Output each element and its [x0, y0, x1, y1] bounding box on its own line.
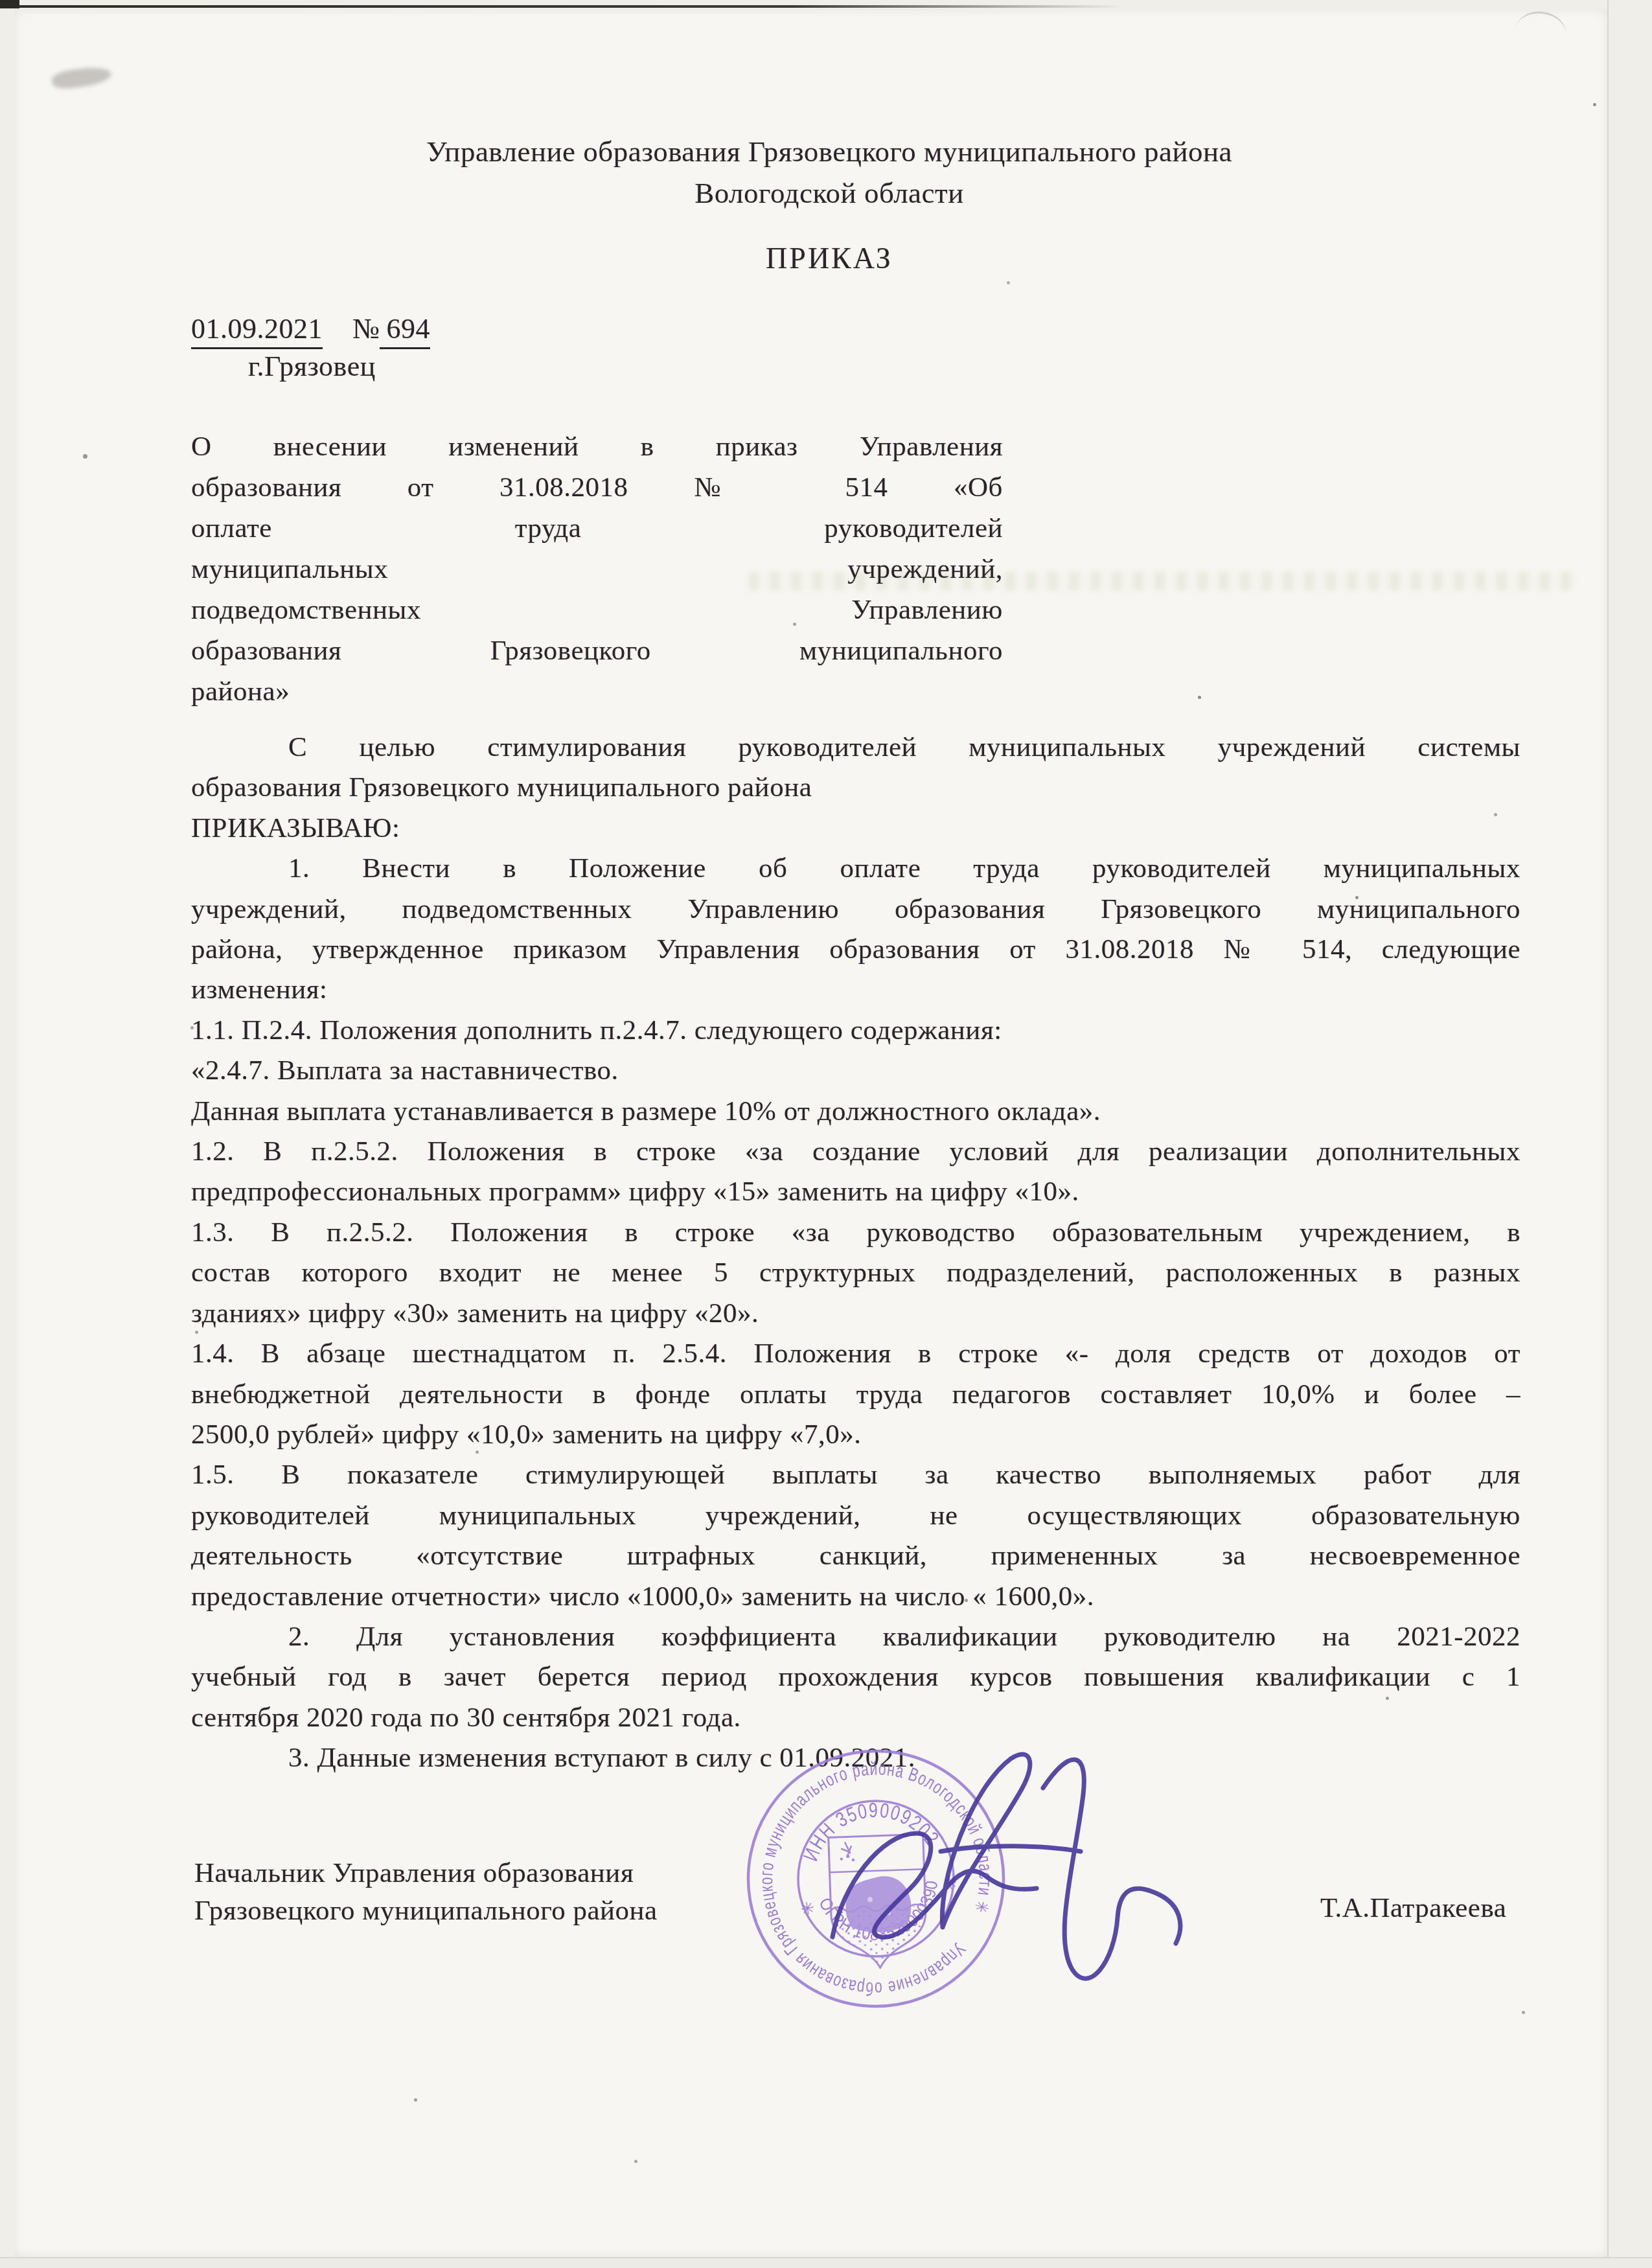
body-line: руководителей муниципальных учреждений, … [191, 1496, 1520, 1536]
doc-type-title: ПРИКАЗ [104, 241, 1555, 275]
body-line: внебюджетной деятельности в фонде оплаты… [191, 1375, 1520, 1415]
order-body: С целью стимулирования руководителей мун… [191, 727, 1520, 1779]
doc-date: 01.09.2021 [191, 313, 323, 349]
body-line: зданиях» цифру «30» заменить на цифру «2… [191, 1294, 1520, 1334]
body-line: состав которого входит не менее 5 структ… [191, 1253, 1520, 1293]
doc-city: г.Грязовец [191, 348, 430, 385]
body-line: учреждений, подведомственных Управлению … [191, 889, 1520, 930]
body-line: 1. Внести в Положение об оплате труда ру… [191, 849, 1520, 889]
subject-line: подведомственных Управлению [191, 590, 1003, 630]
number-sign: № [352, 313, 380, 345]
scan-corner-mark [0, 0, 19, 8]
scan-edge-line [10, 5, 1125, 8]
body-line: 2500,0 рублей» цифру «10,0» заменить на … [191, 1415, 1520, 1455]
scanned-document: Управление образования Грязовецкого муни… [0, 0, 1652, 2268]
body-line: С целью стимулирования руководителей мун… [191, 727, 1520, 768]
page-right-edge [1607, 0, 1609, 2268]
body-line: предоставление отчетности» число «1000,0… [191, 1577, 1520, 1617]
body-line: изменения: [191, 970, 1520, 1010]
shield-divider-line [830, 1869, 924, 1872]
scanner-background [0, 2258, 1652, 2268]
signatory-position: Начальник Управления образования Грязове… [194, 1855, 658, 1930]
body-line: Данная выплата устанавливается в размере… [191, 1092, 1520, 1132]
body-line: 1.1. П.2.4. Положения дополнить п.2.4.7.… [191, 1011, 1520, 1051]
letterhead: Управление образования Грязовецкого муни… [104, 131, 1555, 214]
dust-specks [0, 0, 2, 2]
body-line: учебный год в зачет берется период прохо… [191, 1657, 1520, 1697]
body-line: образования Грязовецкого муниципального … [191, 768, 1520, 808]
body-line: района, утвержденное приказом Управления… [191, 930, 1520, 970]
body-line: предпрофессиональных программ» цифру «15… [191, 1172, 1520, 1212]
doc-number: 694 [380, 313, 430, 349]
body-line: 1.4. В абзаце шестнадцатом п. 2.5.4. Пол… [191, 1334, 1520, 1374]
signatory-name: Т.А.Патракеева [1320, 1892, 1506, 1924]
body-line: 1.3. В п.2.5.2. Положения в строке «за р… [191, 1213, 1520, 1253]
org-name-line2: Вологодской области [104, 172, 1555, 214]
subject-line: муниципальных учреждений, [191, 549, 1003, 590]
subject-line: образования от 31.08.2018 № 514 «Об [191, 467, 1003, 508]
official-stamp: Управление образования Грязовецкого муни… [687, 1697, 1231, 2060]
signatory-position-line2: Грязовецкого муниципального района [194, 1892, 658, 1930]
subject-line: образования Грязовецкого муниципального [191, 630, 1003, 671]
subject-paragraph: О внесении изменений в приказ Управления… [191, 426, 1003, 712]
subject-line: района» [191, 671, 1003, 712]
stamp-seal: Управление образования Грязовецкого муни… [728, 1731, 1024, 2026]
subject-line: О внесении изменений в приказ Управления [191, 426, 1003, 467]
body-line: «2.4.7. Выплата за наставничество. [191, 1051, 1520, 1091]
doc-meta: 01.09.2021№694 г.Грязовец [191, 310, 430, 385]
body-line: 2. Для установления коэффициента квалифи… [191, 1617, 1520, 1657]
shield-sprig-icon [840, 1842, 855, 1862]
body-line: 1.2. В п.2.5.2. Положения в строке «за с… [191, 1132, 1520, 1172]
doc-date-number-line: 01.09.2021№694 [191, 310, 430, 348]
org-name-line1: Управление образования Грязовецкого муни… [104, 131, 1555, 172]
stamp-star-left: ✳ [799, 1897, 816, 1919]
subject-line: оплате труда руководителей [191, 508, 1003, 549]
signatory-position-line1: Начальник Управления образования [194, 1855, 658, 1892]
body-line: 1.5. В показателе стимулирующей выплаты … [191, 1455, 1520, 1495]
body-line: деятельность «отсутствие штрафных санкци… [191, 1536, 1520, 1576]
body-line: ПРИКАЗЫВАЮ: [191, 808, 1520, 849]
